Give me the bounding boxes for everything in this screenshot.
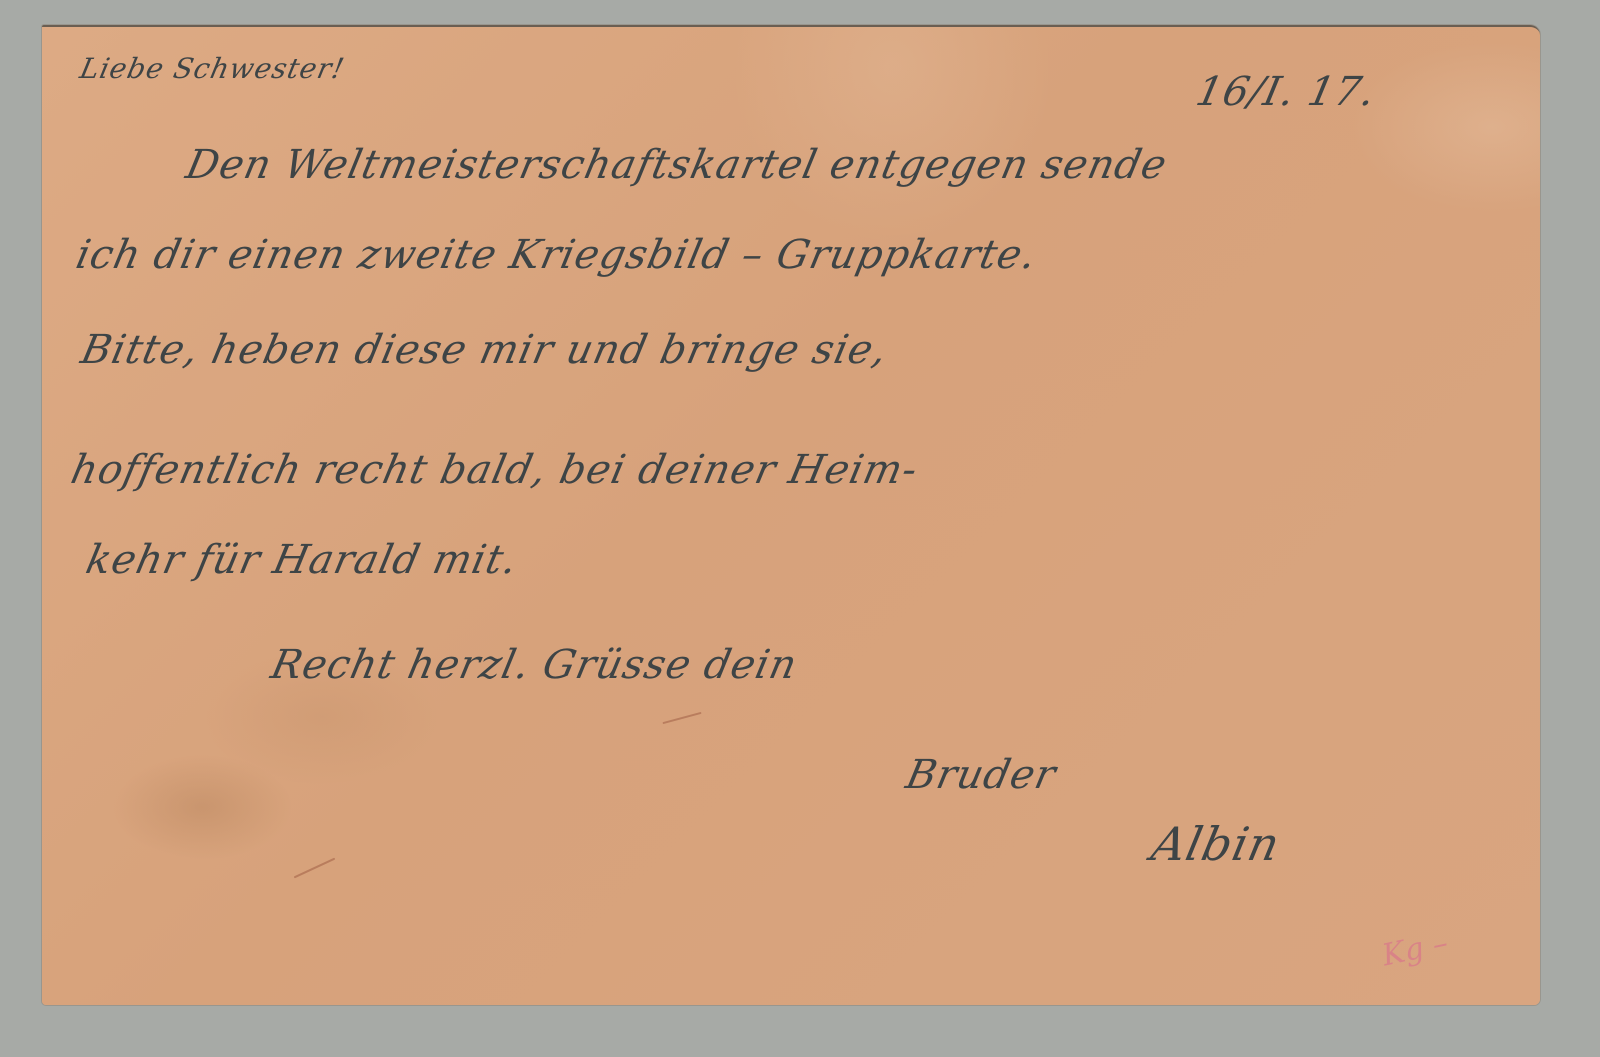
paper-fiber: [294, 858, 336, 879]
body-line-2: ich dir einen zweite Kriegsbild – Gruppk…: [72, 232, 1041, 278]
body-line-5: kehr für Harald mit.: [82, 537, 522, 583]
body-line-4: hoffentlich recht bald, bei deiner Heim-: [67, 447, 922, 493]
postcard: Liebe Schwester! 16/I. 17. Den Weltmeist…: [42, 25, 1540, 1005]
body-line-1: Den Weltmeisterschaftskartel entgegen se…: [182, 142, 1171, 188]
paper-fiber: [662, 712, 701, 724]
pencil-annotation: Kg –: [1379, 926, 1451, 974]
body-line-3: Bitte, heben diese mir und bringe sie,: [77, 327, 892, 373]
closing-word: Bruder: [902, 752, 1060, 798]
greeting: Liebe Schwester!: [77, 52, 348, 85]
closing-line: Recht herzl. Grüsse dein: [267, 642, 801, 688]
signature: Albin: [1147, 817, 1285, 871]
date: 16/I. 17.: [1192, 69, 1380, 115]
